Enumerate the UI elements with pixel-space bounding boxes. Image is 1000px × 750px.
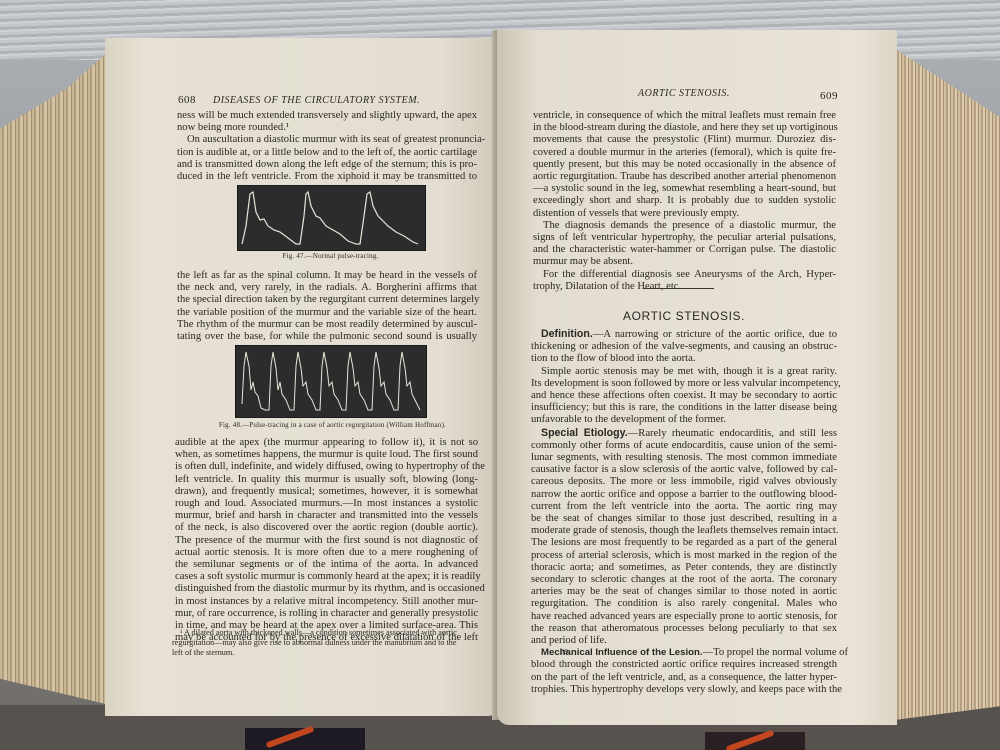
text-line: secondary to sclerotic changes at the ro… xyxy=(531,574,837,586)
text-line: rough and loud. Associated murmurs.—In m… xyxy=(175,498,478,510)
pulse-waveform xyxy=(238,186,425,250)
text-line: on the part of the left ventricle, and, … xyxy=(531,672,837,684)
text-line: distinguished from the diastolic murmur … xyxy=(175,583,478,595)
text-line: arteries may be the seat of changes simi… xyxy=(531,586,837,598)
left-footnote: ¹ A dilated aorta with thickened walls—a… xyxy=(172,628,478,658)
text-line: trophies. This hypertrophy develops very… xyxy=(531,684,837,696)
text-line: when, as sometimes happens, the murmur i… xyxy=(175,449,478,461)
book-page-edges-right xyxy=(895,35,1000,720)
text-line: the left as far as the spinal column. It… xyxy=(177,270,477,282)
definition-line: Definition.—A narrowing or stricture of … xyxy=(531,328,837,341)
text-line: causative factor is a slow sclerosis of … xyxy=(531,464,837,476)
right-running-title: AORTIC STENOSIS. xyxy=(638,88,730,99)
text-line: current from the left ventricle into the… xyxy=(531,501,837,513)
text-line: lunar segments, with resulting stenosis.… xyxy=(531,452,837,464)
text-line: blood through the constricted aortic ori… xyxy=(531,659,837,671)
text-line: tion is audible at, or a little below an… xyxy=(177,147,477,159)
text-line: —a systolic sound in the leg, somewhat r… xyxy=(533,183,836,195)
text-line: signs of left ventricular hypertrophy, t… xyxy=(533,232,836,244)
text-line: the semilunar segments or of the intima … xyxy=(175,559,478,571)
text-line: mur, of rare occurrence, is rolling in c… xyxy=(175,608,478,620)
left-running-title: DISEASES OF THE CIRCULATORY SYSTEM. xyxy=(213,95,420,106)
right-section-body: Definition.—A narrowing or stricture of … xyxy=(531,328,837,696)
etiology-line: Special Etiology.—Rarely rheumatic endoc… xyxy=(531,427,837,440)
text-line: ventricle, in consequence of which the m… xyxy=(533,110,836,122)
text-line: in most instances by a relative mitral i… xyxy=(175,596,478,608)
text-line: and period of life. xyxy=(531,635,837,647)
text-line: Its development is soon followed by more… xyxy=(531,378,837,390)
text-line: the neck and, very rarely, in the radial… xyxy=(177,282,477,294)
text-line: insufficiency; but this is rare, the con… xyxy=(531,402,837,414)
text-line: duced in the left ventricle. From the xi… xyxy=(177,171,477,183)
text-line: audible at the apex (the murmur appearin… xyxy=(175,437,478,449)
text-line: movements that cause the presystolic (Fl… xyxy=(533,134,836,146)
figure-48-aortic-regurgitation-tracing xyxy=(235,345,427,418)
text-line: trophy, Dilatation of the Heart, etc. xyxy=(533,281,836,293)
text-line: thickening or adhesion of the valve-segm… xyxy=(531,341,837,353)
signature-mark: 39 xyxy=(561,648,568,656)
text-line: tion to the flow of blood into the aorta… xyxy=(531,353,837,365)
rug-pattern xyxy=(245,728,365,750)
text-line: actual aortic stenosis. It is more often… xyxy=(175,547,478,559)
rug-pattern xyxy=(705,732,805,750)
pulse-waveform xyxy=(236,346,426,417)
text-line: murmur may be absent. xyxy=(533,256,836,268)
figure-47-caption: Fig. 47.—Normal pulse-tracing. xyxy=(237,252,424,260)
text-line: exceedingly short and sharp. It is proba… xyxy=(533,195,836,207)
footnote-line: regurgitation—may also give rise to abno… xyxy=(172,638,478,648)
text-line: now being more rounded.¹ xyxy=(177,122,477,134)
text-line: the special direction taken by the regur… xyxy=(177,294,477,306)
text-line: moderate grade of stenosis, though the l… xyxy=(531,525,837,537)
etiology-label: Special Etiology. xyxy=(541,427,628,439)
footnote-line: ¹ A dilated aorta with thickened walls—a… xyxy=(172,628,478,638)
text-line: ness will be much extended transversely … xyxy=(177,110,477,122)
right-para-1: ventricle, in consequence of which the m… xyxy=(533,110,836,293)
text-line: narrow the aortic orifice and oppose a b… xyxy=(531,489,837,501)
text-line: unfavorable to the development of the fo… xyxy=(531,414,837,426)
text-line: commonly other forms of acute endocardit… xyxy=(531,440,837,452)
text-line: in the blood-stream during the diastole,… xyxy=(533,122,836,134)
text-line: The lesions are most frequently to be re… xyxy=(531,537,837,549)
mechanical-line: Mechanical Influence of the Lesion.—To p… xyxy=(531,647,837,659)
left-page-number: 608 xyxy=(178,94,196,106)
definition-label: Definition. xyxy=(541,328,593,340)
left-running-head: 608 DISEASES OF THE CIRCULATORY SYSTEM. xyxy=(178,94,478,106)
text-line: careous deposits. The more or less immob… xyxy=(531,476,837,488)
section-divider xyxy=(644,288,714,289)
section-title-aortic-stenosis: AORTIC STENOSIS. xyxy=(623,309,745,323)
text-line: On auscultation a diastolic murmur with … xyxy=(177,134,477,146)
text-line: distention of vessels that were previous… xyxy=(533,208,836,220)
left-para-1: ness will be much extended transversely … xyxy=(177,110,477,183)
footnote-line: left of the sternum. xyxy=(172,648,478,658)
text-line: quently present, but this may be noted o… xyxy=(533,159,836,171)
text-line: be the seat of changes similar to those … xyxy=(531,513,837,525)
text-line: the reason that atheromatous processes b… xyxy=(531,623,837,635)
figure-47-normal-pulse-tracing xyxy=(237,185,426,251)
text-line: have reached advanced years are especial… xyxy=(531,611,837,623)
text-line: of the neck, is also discovered over the… xyxy=(175,522,478,534)
text-line: murmur, brief and harsh in character and… xyxy=(175,510,478,522)
diagnosis-line: The diagnosis demands the presence of a … xyxy=(533,220,836,232)
left-para-3: the left as far as the spinal column. It… xyxy=(177,270,477,343)
text-line: the variable position of the murmur and … xyxy=(177,307,477,319)
text-line: The rhythm of the murmur can be most rea… xyxy=(177,319,477,331)
text-line: and the characteristic water-hammer or C… xyxy=(533,244,836,256)
text-line: tating over the base, for while the pulm… xyxy=(177,331,477,343)
text-line: The presence of the murmur with the firs… xyxy=(175,535,478,547)
book-page-edges-left xyxy=(0,50,110,705)
right-running-head: AORTIC STENOSIS. xyxy=(638,88,730,99)
text-line: is often dull, indefinite, and widely di… xyxy=(175,461,478,473)
figure-48-caption: Fig. 48.—Pulse-tracing in a case of aort… xyxy=(205,421,460,429)
text-line: cases a soft systolic murmur is commonly… xyxy=(175,571,478,583)
text-line: left ventricle. In quality this murmur i… xyxy=(175,474,478,486)
text-line: and is transmitted down along the left e… xyxy=(177,159,477,171)
right-page-number: 609 xyxy=(820,90,838,102)
text-line: regurgitation. The condition is also rar… xyxy=(531,598,837,610)
text-line: process of arterial sclerosis, which is … xyxy=(531,550,837,562)
text-line: drawn), and frequently musical; sometime… xyxy=(175,486,478,498)
text-line: thoracic aorta; and sometimes, as Peter … xyxy=(531,562,837,574)
text-line: Simple aortic stenosis may be met with, … xyxy=(531,366,837,378)
left-para-4: audible at the apex (the murmur appearin… xyxy=(175,437,478,644)
differential-line: For the differential diagnosis see Aneur… xyxy=(533,269,836,281)
text-line: covered a double murmur in the arteries … xyxy=(533,147,836,159)
text-line: aortic regurgitation. Traube has describ… xyxy=(533,171,836,183)
text-line: and hence these affections often coexist… xyxy=(531,390,837,402)
